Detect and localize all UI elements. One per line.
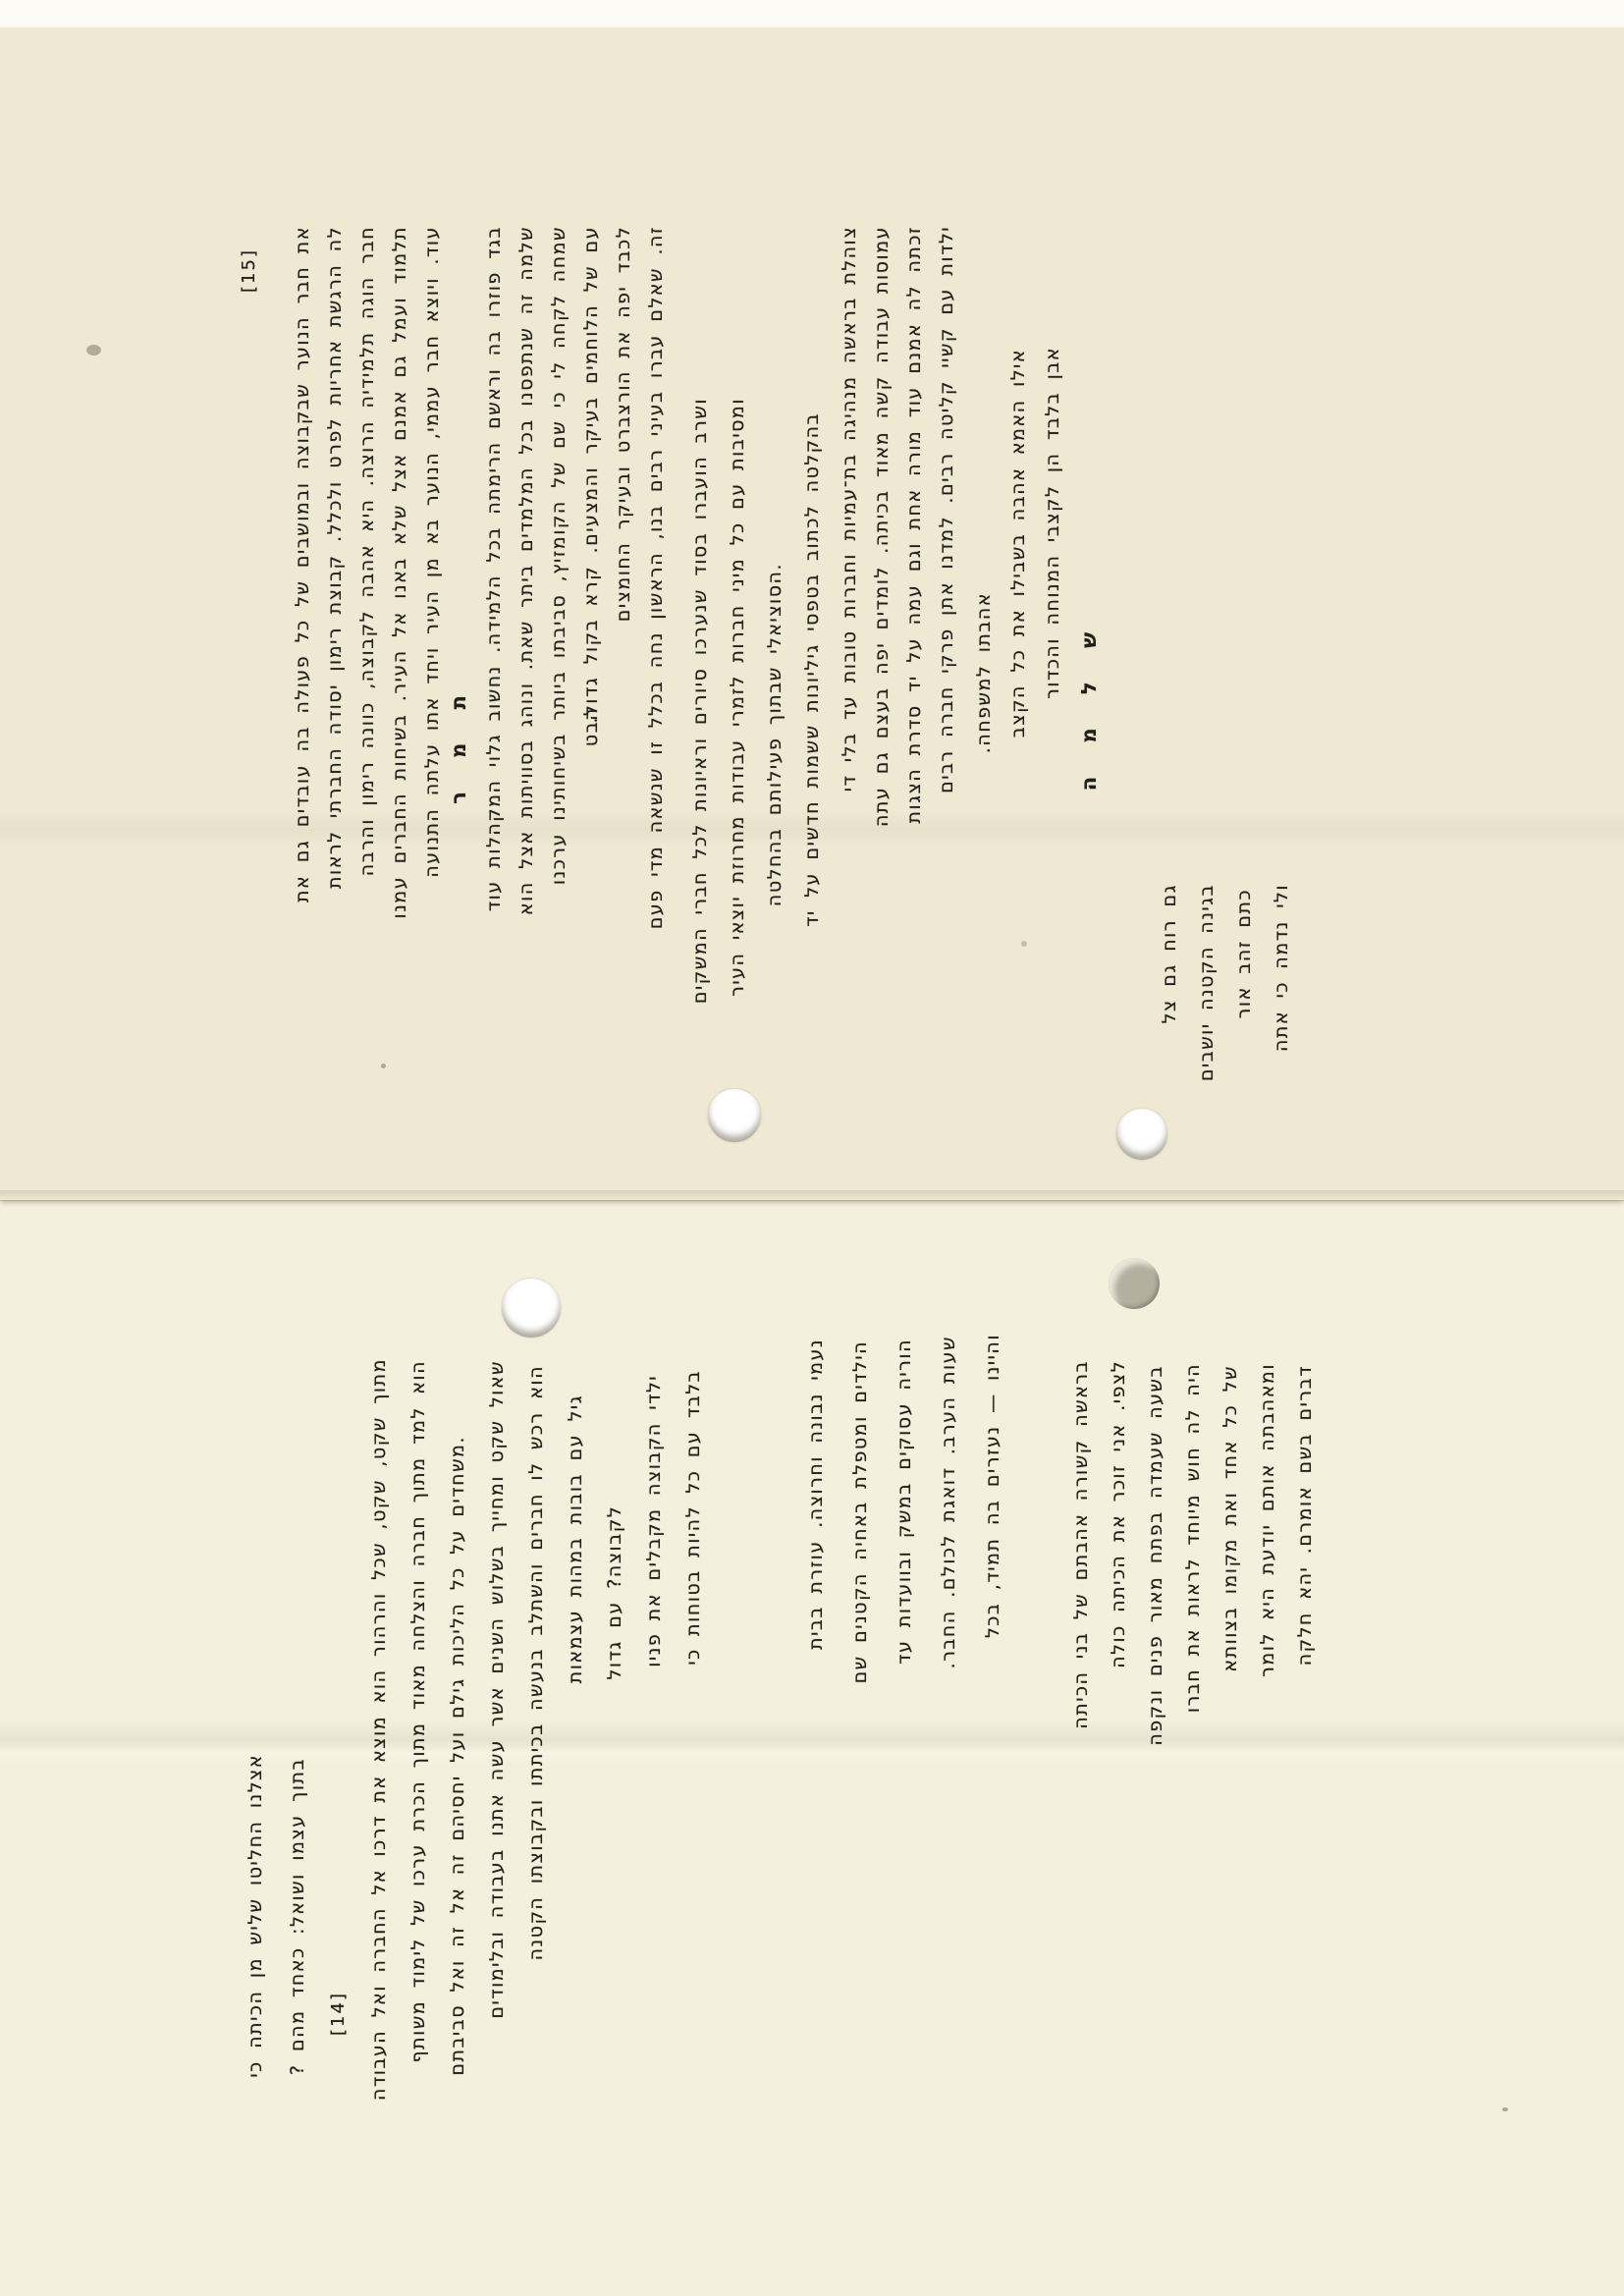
text-line: ושרב הועברו בסוד שנערכו סיורים וראיונות … bbox=[687, 398, 714, 1004]
scanned-document: { "colors": { "scanner_background": "#fc… bbox=[0, 0, 1624, 2296]
text-line: ילדי הקבוצה מקבלים את פניו bbox=[641, 1375, 668, 1667]
text-line: בגד פוזרו בה וראשם הרימתה בכל הלמידה. נח… bbox=[481, 226, 508, 911]
text-line: הילדים ומטפלת באחיה הקטנים שם bbox=[847, 1340, 874, 1683]
text-line: היה לה חוש מיוחד לראות את חברו bbox=[1180, 1363, 1207, 1713]
text-line: של כל אחד ואת מקומו בצוותא bbox=[1218, 1365, 1244, 1672]
text-line: את חבר הנוער שבקבוצה ובמושבים של כל פעול… bbox=[290, 226, 316, 902]
text-line: ולי נדמה כי אתה bbox=[1269, 884, 1295, 1052]
text-line: לה הרגשת אחריות לפרט ולכלל. קבוצת רימון … bbox=[322, 226, 349, 889]
text-line: עם של הלוחמים בעיקר והמצעים. קרא בקול גד… bbox=[578, 226, 605, 724]
punch-hole bbox=[1116, 1109, 1167, 1160]
text-line: מתוך שקט, שקט, שכל והרהור הוא מוצא את דר… bbox=[366, 1358, 393, 2101]
text-line: אבן בלבד הן לקצבי המנוחה והכדור bbox=[1040, 347, 1066, 699]
paper-speck bbox=[86, 345, 101, 355]
text-line: .הסוציאלי שבתוך פעילותם בהחלטה bbox=[762, 563, 788, 906]
text-line: גם רוח גם צל bbox=[1157, 884, 1183, 1023]
text-line: לצפי. אני זוכר את הכיתה כולה bbox=[1106, 1360, 1132, 1668]
punch-hole bbox=[502, 1279, 561, 1338]
text-line: בגינה הקטנה יושבים bbox=[1194, 884, 1220, 1081]
section-title: ש ל מ ה bbox=[1076, 622, 1103, 791]
text-line: עוד. ויוצא חבר עממי, הנוער בא מן העיר וי… bbox=[419, 226, 446, 878]
text-line: והיינו — נעזרים בה תמיד, בכל bbox=[980, 1334, 1006, 1638]
text-line: הוא למד מתוך חברה והצלחה מאוד מתוך הכרת … bbox=[406, 1360, 432, 2063]
text-line: ילדות עם קשיי קליטה רבים. למדנו אתן פרקי… bbox=[934, 226, 960, 793]
paper-speck bbox=[1502, 2107, 1508, 2111]
paper-speck bbox=[1021, 941, 1027, 947]
text-line: שמחה לקחה לי כי שם של הקומזיץ, סביבתו בי… bbox=[546, 226, 572, 885]
text-line: בהקלטה לכתוב בטפסי גיליונות ששמות חדשים … bbox=[799, 412, 826, 927]
text-line: נעמי נבונה וחרוצה. עוזרת בבית bbox=[803, 1339, 830, 1650]
text-line: צוהלת בראשה מנהיגה בת־עמיות וחברות טובות… bbox=[837, 226, 863, 792]
text-line: לכבד יפה את הורצברט ובעיקר החומצים bbox=[611, 226, 637, 622]
text-line: דברים בשם אומרם. יהא חלקה bbox=[1292, 1365, 1319, 1666]
punch-hole bbox=[708, 1089, 761, 1142]
text-line: ומאהבתה אותם יודעת היא לומר bbox=[1255, 1363, 1281, 1677]
text-line: כתם זהב אור bbox=[1231, 889, 1258, 1018]
text-line: לקבוצה? עם גדול bbox=[602, 1505, 628, 1679]
text-line: .משחדים על כל הליכות גילם ועל יחסיהם זה … bbox=[445, 1436, 471, 2076]
text-line: בתוך עצמו ושואל: כאחד מהם ? bbox=[285, 1758, 311, 2075]
text-line: הבט bbox=[578, 707, 605, 746]
section-title: ת מ ר bbox=[446, 684, 472, 804]
page-number: [15] bbox=[236, 248, 262, 293]
text-line: תלמוד ועמל גם אמנם אצל שלא באנו אל העיר.… bbox=[387, 226, 413, 918]
text-line: בשעה שעמדה בפתח מאור פנים ונקפה bbox=[1143, 1365, 1169, 1746]
text-line: עמוסות עבודה קשה מאוד בכיתה. לומדים יפה … bbox=[869, 226, 895, 827]
text-line: הוריה עסוקים במשק ובוועדות עד bbox=[892, 1339, 918, 1665]
page-number: [14] bbox=[325, 1992, 352, 2036]
text-line: בראשה קשורה אהבתם של בני הכיתה bbox=[1068, 1360, 1095, 1729]
text-line: שלמה זה שנתפסנו בכל המלמדים ביתר שאת. ונ… bbox=[514, 226, 540, 915]
text-line: ומסיבות עם כל מיני חברות לזמרי עבודות מח… bbox=[725, 398, 751, 997]
text-line: הוא רכש לו חברים והשתלב בנעשה בכיתתו ובק… bbox=[523, 1365, 550, 1960]
text-line: אהבתו למשפחה. bbox=[971, 592, 998, 753]
text-line: גיל עם בובות במהות עצמאות bbox=[563, 1394, 589, 1683]
text-line: אילו האמא אהבה בשבילו את כל הקצב bbox=[1005, 349, 1032, 738]
text-line: זה. שאלם עברו בעיני רבים בנו, הראשון נחה… bbox=[643, 226, 670, 929]
text-line: אצלנו החליטו שליש מן הכיתה כי bbox=[243, 1754, 269, 2078]
text-line: חבר הוגה תלמידיה הרוצה. היא אהבה לקבוצה,… bbox=[354, 226, 381, 876]
text-line: שאול שקט ומחייך בשלוש השנים אשר עשה אתנו… bbox=[484, 1360, 511, 2019]
text-line: בלבד עם כל להיות בטוחות כי bbox=[680, 1370, 707, 1666]
text-line: זכתה לה אמנם עוד מורה אחת וגם עמה על יד … bbox=[901, 226, 928, 824]
paper-speck bbox=[381, 1064, 386, 1068]
punch-hole bbox=[1109, 1258, 1160, 1309]
text-line: שעות הערב. דואגת לכולם. החבר. bbox=[936, 1336, 962, 1668]
